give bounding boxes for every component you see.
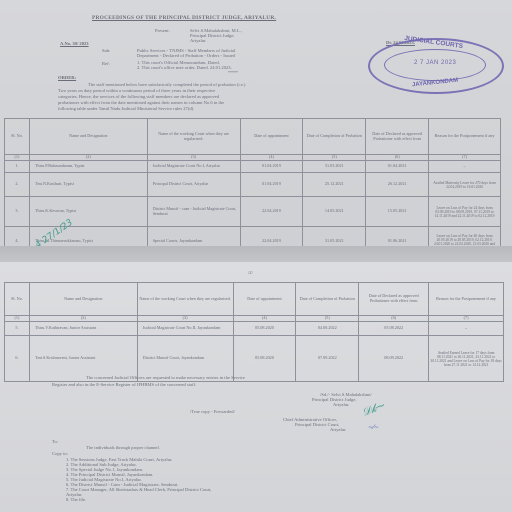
document-page-2: /2/ Sl. No. Name and Designation Name of… — [0, 262, 512, 512]
header-date-declared: Date of Declared as approved Probationer… — [366, 119, 429, 155]
table-header-row: Sl. No. Name and Designation Name of the… — [5, 119, 501, 155]
header-reason: Reason for the Postponement if any — [429, 283, 504, 316]
header-reason: Reason for the Postponement if any — [429, 119, 501, 155]
header-name-designation: Name and Designation — [29, 283, 137, 316]
table-row: 2.Tmt.N.Kasthuri, TypistPrincipal Distri… — [5, 173, 501, 197]
sl-no-cell: 5. — [5, 322, 30, 336]
name-cell: Tmt.N.Kasthuri, Typist — [29, 173, 147, 197]
order-paragraph-line-5: following table under Tamil Nadu Judicia… — [58, 106, 194, 111]
subject-line-2: Department - Declared of Probation - Ord… — [137, 53, 235, 58]
sl-no-cell: 2. — [5, 173, 30, 197]
sl-no-cell: 4. — [5, 227, 30, 247]
header-working-court: Name of the working Court when they are … — [137, 283, 233, 316]
appointment-date-cell: 22.04.2019 — [240, 197, 303, 227]
name-cell: Thiru.K.Kesavan, Typist — [29, 197, 147, 227]
declared-date-cell: 08.09.2022 — [359, 336, 429, 382]
court-cell: Judicial Magistrate Court No.I, Ariyalur — [147, 161, 240, 173]
reason-cell: Leave on Loss of Pay for 24 days from 03… — [429, 197, 501, 227]
ref-item-2: 2. This court's office note order, Dated… — [137, 65, 232, 70]
order-paragraph-line-2: Two years on duty period within a contin… — [58, 88, 215, 93]
document-page-1: PROCEEDINGS OF THE PRINCIPAL DISTRICT JU… — [0, 0, 512, 246]
table-row: 1.Thiru.P.Balasundaram, TypistJudicial M… — [5, 161, 501, 173]
copy-to-item: 8. The file. — [66, 497, 86, 502]
sl-no-cell: 3. — [5, 197, 30, 227]
stamp-date: 2 7 JAN 2023 — [414, 60, 456, 66]
table-row: 4.Thiru.M.Thirunavukkarasu, TypistSpecia… — [5, 227, 501, 247]
subject-label: Sub: — [102, 48, 110, 53]
declared-date-cell: 01.04.2021 — [366, 161, 429, 173]
reason-cell: Availed Maternity Leave for 270 days fro… — [429, 173, 501, 197]
court-seal-stamp: JUDICIAL COURTS 2 7 JAN 2023 JAYANKONDAM — [368, 38, 504, 94]
present-place: Ariyalur. — [190, 38, 206, 43]
header-date-completion: Date of Completion of Probation — [296, 283, 359, 316]
true-copy-forwarded: /True copy - Forwarded/ — [190, 409, 235, 414]
reference-number: A.No. 30/ 2023 — [60, 41, 89, 46]
signed-place: Ariyalur. — [333, 402, 349, 407]
header-date-completion: Date of Completion of Probation — [303, 119, 366, 155]
closing-paragraph-line-2: Register and also in the E-Service Regis… — [52, 382, 196, 387]
header-date-appointment: Date of appointment — [233, 283, 296, 316]
copy-to-label: Copy to: — [52, 451, 68, 456]
probation-table-1: Sl. No. Name and Designation Name of the… — [4, 118, 501, 246]
stamp-top-text: JUDICIAL COURTS — [404, 35, 464, 50]
completion-date-cell: 04.08.2022 — [296, 322, 359, 336]
declared-date-cell: 05.08.2022 — [359, 322, 429, 336]
order-paragraph-line-1: The staff mentioned below have satisfact… — [88, 82, 245, 87]
reason-cell: Leave on Loss of Pay for 40 days from 20… — [429, 227, 501, 247]
to-label: To: — [52, 439, 58, 444]
completion-date-cell: 31.05.2021 — [303, 227, 366, 247]
table-header-row: Sl. No. Name and Designation Name of the… — [5, 283, 504, 316]
proceedings-title: PROCEEDINGS OF THE PRINCIPAL DISTRICT JU… — [92, 16, 276, 21]
header-date-appointment: Date of appointment — [240, 119, 303, 155]
declared-date-cell: 01.06.2021 — [366, 227, 429, 247]
court-cell: Principal District Court, Ariyalur — [147, 173, 240, 197]
completion-date-cell: 25.12.2021 — [303, 173, 366, 197]
ref-label: Ref: — [102, 61, 110, 66]
probation-table-2: Sl. No. Name and Designation Name of the… — [4, 282, 504, 382]
court-cell: Judicial Magistrate Court No.II, Jayanko… — [137, 322, 233, 336]
page-number: /2/ — [248, 270, 253, 275]
declared-date-cell: 26.12.2021 — [366, 173, 429, 197]
order-paragraph-line-4: probationer with effect from the date me… — [58, 100, 224, 105]
name-cell: Thiru.V.Kathiravan, Junior Assistant — [29, 322, 137, 336]
completion-date-cell: 31.03.2021 — [303, 161, 366, 173]
completion-date-cell: 07.09.2022 — [296, 336, 359, 382]
table-row: 3.Thiru.K.Kesavan, TypistDistrict Munsif… — [5, 197, 501, 227]
separator-stars: ***** — [228, 70, 238, 75]
court-cell: Special Courts, Jayankondam — [147, 227, 240, 247]
declared-date-cell: 15.05.2021 — [366, 197, 429, 227]
closing-paragraph-line-1: The concerned Judicial Officers are requ… — [86, 375, 245, 380]
header-sl-no: Sl. No. — [5, 283, 30, 316]
reason-cell: -- — [429, 161, 501, 173]
sl-no-cell: 1. — [5, 161, 30, 173]
name-cell: Thiru.P.Balasundaram, Typist — [29, 161, 147, 173]
header-date-declared: Date of Declared as approved Probationer… — [359, 283, 429, 316]
reason-cell: Availed Earned Leave for 17 days from 08… — [429, 336, 504, 382]
order-heading: ORDER: — [58, 75, 76, 80]
signature-ink: 𝒟𝓀~ — [360, 398, 387, 419]
appointment-date-cell: 05.08.2020 — [233, 322, 296, 336]
to-text: The individuals through proper channel. — [86, 445, 160, 450]
sl-no-cell: 6. — [5, 336, 30, 382]
table-row: 6.Tmt.S.Krishnaveni, Junior AssistantDis… — [5, 336, 504, 382]
header-working-court: Name of the working Court when they are … — [147, 119, 240, 155]
header-name-designation: Name and Designation — [29, 119, 147, 155]
appointment-date-cell: 22.04.2019 — [240, 227, 303, 247]
table-row: 5.Thiru.V.Kathiravan, Junior AssistantJu… — [5, 322, 504, 336]
reason-cell: -- — [429, 322, 504, 336]
appointment-date-cell: 01.04.2019 — [240, 173, 303, 197]
signature-initials: ~⁄~ — [368, 424, 379, 431]
page-separator — [0, 246, 512, 262]
header-sl-no: Sl. No. — [5, 119, 30, 155]
court-cell: District Munsif - cum - Judicial Magistr… — [147, 197, 240, 227]
present-label: Present: — [155, 28, 170, 33]
copy-to-item: 7. The Court Manager, All Sheristadars &… — [66, 487, 212, 492]
completion-date-cell: 14.05.2021 — [303, 197, 366, 227]
order-paragraph-line-3: categories. Hence, the services of the f… — [58, 94, 219, 99]
appointment-date-cell: 01.04.2019 — [240, 161, 303, 173]
cao-place: Ariyalur. — [330, 427, 346, 432]
